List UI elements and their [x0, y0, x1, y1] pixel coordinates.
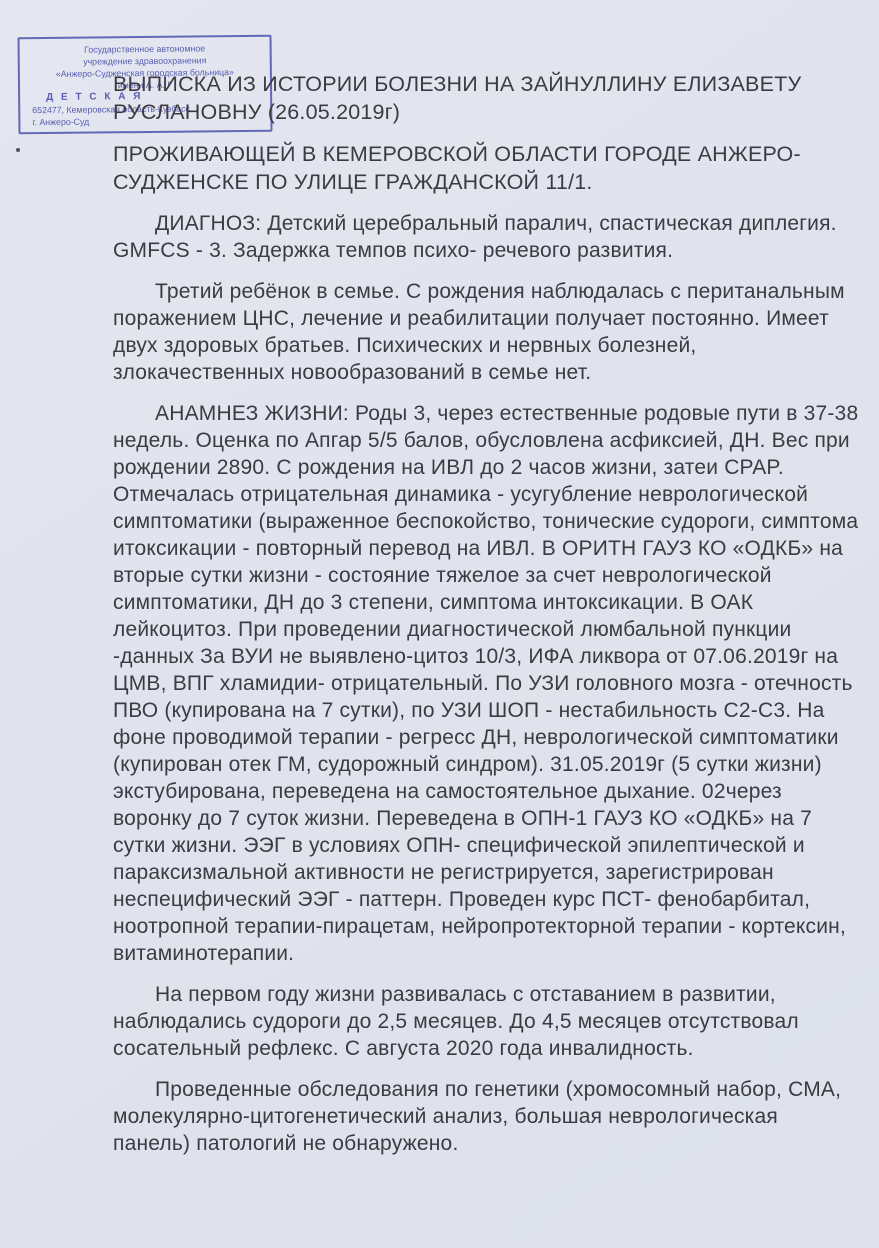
ink-dot [16, 148, 20, 152]
document-subtitle: ПРОЖИВАЮЩЕЙ В КЕМЕРОВСКОЙ ОБЛАСТИ ГОРОДЕ… [113, 140, 861, 196]
paragraph-family-history: Третий ребёнок в семье. С рождения наблю… [113, 278, 861, 386]
paragraph-diagnosis: ДИАГНОЗ: Детский церебральный паралич, с… [113, 210, 861, 264]
document-body: ВЫПИСКА ИЗ ИСТОРИИ БОЛЕЗНИ НА ЗАЙНУЛЛИНУ… [113, 70, 861, 1171]
paragraph-first-year: На первом году жизни развивалась с отста… [113, 981, 861, 1062]
document-title: ВЫПИСКА ИЗ ИСТОРИИ БОЛЕЗНИ НА ЗАЙНУЛЛИНУ… [113, 70, 861, 126]
paragraph-anamnesis: АНАМНЕЗ ЖИЗНИ: Роды 3, через естественны… [113, 400, 861, 967]
paragraph-genetics: Проведенные обследования по генетики (хр… [113, 1076, 861, 1157]
scanned-document-page: Государственное автономное учреждение зд… [0, 0, 879, 1248]
